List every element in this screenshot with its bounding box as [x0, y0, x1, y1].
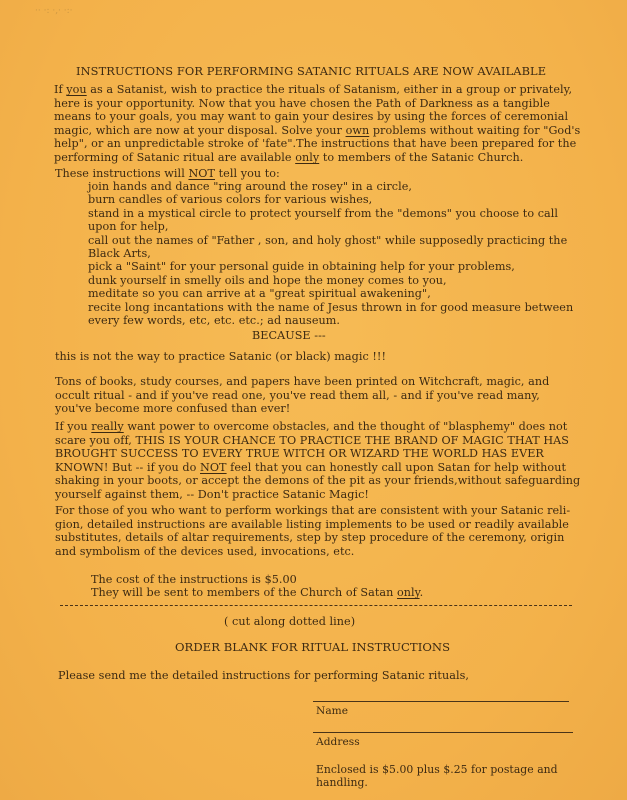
- workings-line: gion, detailed instructions are availabl…: [55, 518, 569, 531]
- not-list-item: join hands and dance "ring around the ro…: [88, 180, 412, 193]
- workings-line: and symbolism of the devices used, invoc…: [55, 545, 354, 558]
- order-request: Please send me the detailed instructions…: [58, 669, 469, 682]
- address-field-label: Address: [316, 736, 360, 749]
- intro-line: help", or an unpredictable stroke of 'fa…: [54, 137, 576, 150]
- not-list-item: upon for help,: [88, 220, 168, 233]
- address-field-line[interactable]: [313, 732, 573, 733]
- not-list-item: recite long incantations with the name o…: [88, 301, 573, 314]
- workings-line: substitutes, details of altar requiremen…: [55, 531, 564, 544]
- cut-dotted-line: [60, 605, 572, 606]
- order-blank-title: ORDER BLANK FOR RITUAL INSTRUCTIONS: [175, 641, 450, 654]
- paper-smudge: ·· ·: ·,· ·:·: [35, 6, 73, 16]
- not-list-intro-line: These instructions will NOT tell you to:: [55, 167, 280, 180]
- members-line-text: They will be sent to members of the Chur…: [91, 586, 423, 599]
- tons-line: you've become more confused than ever!: [55, 402, 290, 415]
- not-list-item: stand in a mystical circle to protect yo…: [88, 207, 558, 220]
- really-line: shaking in your boots, or accept the dem…: [55, 474, 580, 487]
- cost-line: The cost of the instructions is $5.00: [91, 573, 297, 586]
- enclosed-line-2: handling.: [316, 776, 368, 789]
- typewritten-flyer-page: INSTRUCTIONS FOR PERFORMING SATANIC RITU…: [0, 0, 627, 800]
- because-heading: BECAUSE ---: [252, 329, 326, 342]
- workings-line: For those of you who want to perform wor…: [55, 504, 570, 517]
- not-list-item: dunk yourself in smelly oils and hope th…: [88, 274, 447, 287]
- intro-line: means to your goals, you may want to gai…: [54, 110, 568, 123]
- really-line: scare you off, THIS IS YOUR CHANCE TO PR…: [55, 434, 569, 447]
- intro-line: performing of Satanic ritual are availab…: [54, 151, 523, 164]
- tons-line: Tons of books, study courses, and papers…: [55, 375, 549, 388]
- intro-line: here is your opportunity. Now that you h…: [54, 97, 550, 110]
- name-field-line[interactable]: [313, 701, 569, 702]
- flyer-title: INSTRUCTIONS FOR PERFORMING SATANIC RITU…: [76, 64, 546, 78]
- intro-line: If you as a Satanist, wish to practice t…: [54, 83, 572, 96]
- enclosed-line-1: Enclosed is $5.00 plus $.25 for postage …: [316, 763, 558, 776]
- tons-line: occult ritual - and if you've read one, …: [55, 389, 540, 402]
- not-list-item: Black Arts,: [88, 247, 151, 260]
- really-line: KNOWN! But -- if you do NOT feel that yo…: [55, 461, 566, 474]
- not-list-item: every few words, etc, etc. etc.; ad naus…: [88, 314, 340, 327]
- really-line: BROUGHT SUCCESS TO EVERY TRUE WITCH OR W…: [55, 447, 544, 460]
- cut-instruction: ( cut along dotted line): [224, 615, 355, 628]
- really-line: yourself against them, -- Don't practice…: [55, 488, 369, 501]
- not-list-item: call out the names of "Father , son, and…: [88, 234, 567, 247]
- because-line: this is not the way to practice Satanic …: [55, 350, 386, 363]
- name-field-label: Name: [316, 705, 348, 718]
- really-line: If you really want power to overcome obs…: [55, 420, 567, 433]
- not-list-item: pick a "Saint" for your personal guide i…: [88, 260, 515, 273]
- not-list-item: meditate so you can arrive at a "great s…: [88, 287, 431, 300]
- intro-line: magic, which are now at your disposal. S…: [54, 124, 580, 137]
- not-list-item: burn candles of various colors for vario…: [88, 193, 372, 206]
